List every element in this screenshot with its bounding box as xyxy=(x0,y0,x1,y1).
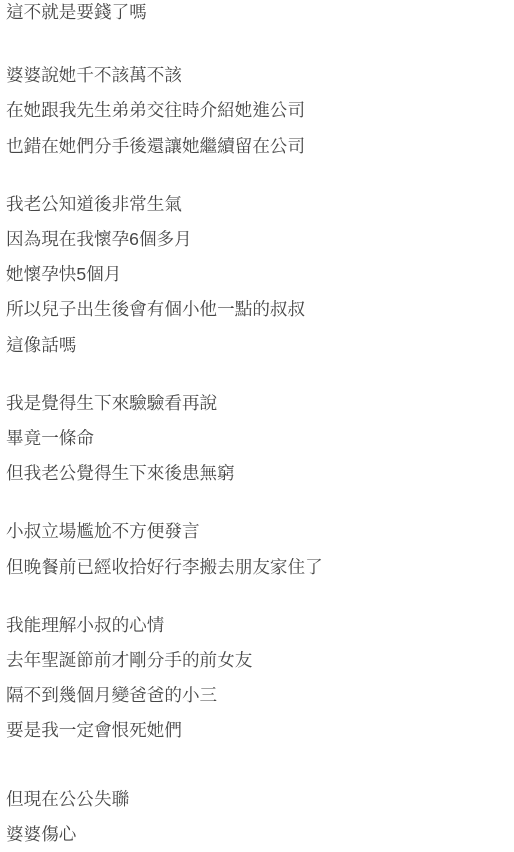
paragraph: 我老公知道後非常生氣 因為現在我懷孕6個多月 她懷孕快5個月 所以兒子出生後會有… xyxy=(6,187,508,363)
text-line: 我能理解小叔的心情 xyxy=(6,608,508,643)
text-line: 在她跟我先生弟弟交往時介紹她進公司 xyxy=(6,93,508,128)
text-line: 但我老公覺得生下來後患無窮 xyxy=(6,456,508,491)
text-line: 但晚餐前已經收拾好行李搬去朋友家住了 xyxy=(6,550,508,585)
text-line: 畢竟一條命 xyxy=(6,421,508,456)
paragraph: 我能理解小叔的心情 去年聖誕節前才剛分手的前女友 隔不到幾個月變爸爸的小三 要是… xyxy=(6,608,508,749)
paragraph: 但現在公公失聯 婆婆傷心 xyxy=(6,782,508,852)
text-line: 婆婆說她千不該萬不該 xyxy=(6,58,508,93)
text-line: 這像話嗎 xyxy=(6,328,508,363)
text-line: 婆婆傷心 xyxy=(6,817,508,852)
text-line: 她懷孕快5個月 xyxy=(6,257,508,292)
text-line: 我是覺得生下來驗驗看再說 xyxy=(6,386,508,421)
text-line: 因為現在我懷孕6個多月 xyxy=(6,222,508,257)
text-line: 我老公知道後非常生氣 xyxy=(6,187,508,222)
text-line: 這不就是要錢了嗎 xyxy=(6,0,508,30)
paragraph: 我是覺得生下來驗驗看再說 畢竟一條命 但我老公覺得生下來後患無窮 xyxy=(6,386,508,492)
paragraph: 小叔立場尷尬不方便發言 但晚餐前已經收拾好行李搬去朋友家住了 xyxy=(6,514,508,584)
text-line: 小叔立場尷尬不方便發言 xyxy=(6,514,508,549)
paragraph: 婆婆說她千不該萬不該 在她跟我先生弟弟交往時介紹她進公司 也錯在她們分手後還讓她… xyxy=(6,58,508,164)
text-line: 去年聖誕節前才剛分手的前女友 xyxy=(6,643,508,678)
text-line: 隔不到幾個月變爸爸的小三 xyxy=(6,678,508,713)
text-line: 所以兒子出生後會有個小他一點的叔叔 xyxy=(6,292,508,327)
text-line: 要是我一定會恨死她們 xyxy=(6,713,508,748)
text-line: 也錯在她們分手後還讓她繼續留在公司 xyxy=(6,129,508,164)
paragraph: 這不就是要錢了嗎 xyxy=(6,0,508,30)
article-body: 這不就是要錢了嗎 婆婆說她千不該萬不該 在她跟我先生弟弟交往時介紹她進公司 也錯… xyxy=(0,0,514,852)
text-line: 但現在公公失聯 xyxy=(6,782,508,817)
